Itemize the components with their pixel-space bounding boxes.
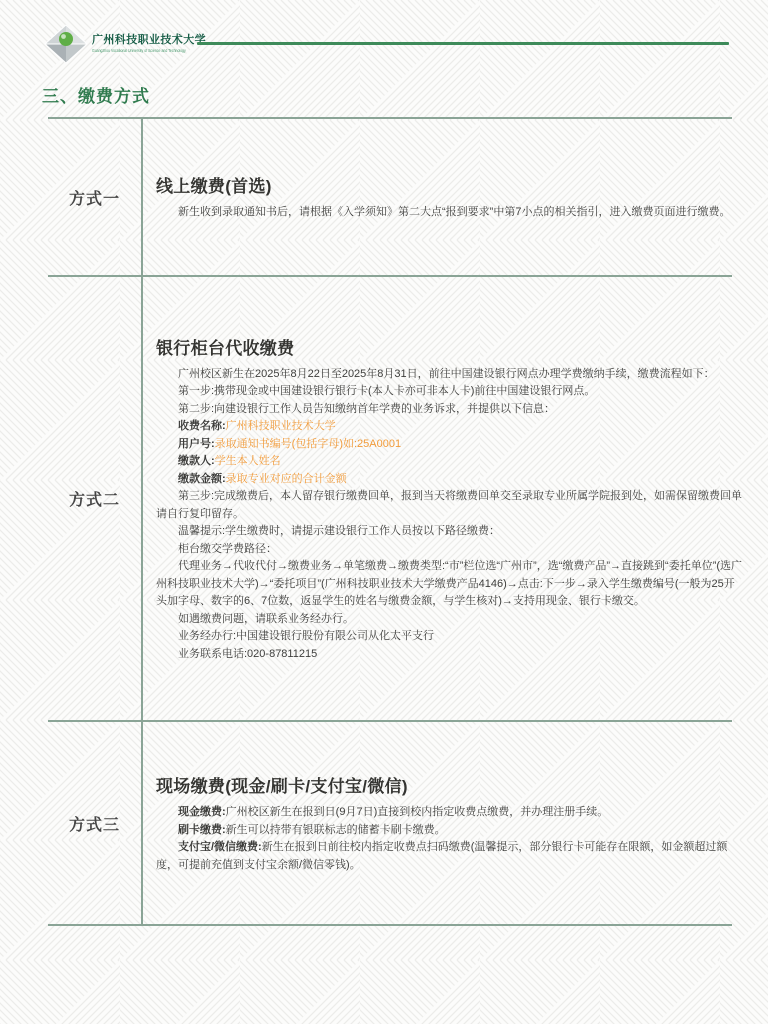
method-2-path-detail: 代理业务→代收代付→缴费业务→单笔缴费→缴费类型:“市”栏位选“广州市”，选“缴… (156, 558, 745, 611)
method-3-label: 方式三 (69, 812, 120, 835)
onsite-item-cash: 现金缴费:广州校区新生在报到日(9月7日)直接到校内指定收费点缴费，并办理注册手… (156, 804, 745, 822)
method-1-title: 线上缴费(首选) (156, 172, 745, 197)
onsite-item-label: 现金缴费: (178, 806, 226, 818)
method-2-step2: 第二步:向建设银行工作人员告知缴纳首年学费的业务诉求，并提供以下信息： (156, 401, 745, 419)
method-2-contact-note: 如遇缴费问题，请联系业务经办行。 (156, 611, 745, 629)
info-value: 录取专业对应的合计金额 (226, 473, 347, 485)
onsite-item-text: 广州校区新生在报到日(9月7日)直接到校内指定收费点缴费，并办理注册手续。 (226, 806, 609, 818)
university-name-english: Guangzhou Vocational University of Scien… (92, 49, 162, 53)
onsite-item-card: 刷卡缴费:新生可以持带有银联标志的储蓄卡刷卡缴费。 (156, 822, 745, 840)
info-label: 收费名称: (178, 420, 226, 432)
method-3-title: 现场缴费(现金/刷卡/支付宝/微信) (156, 772, 745, 797)
method-2-label: 方式二 (69, 487, 120, 510)
method-2-bank: 业务经办行:中国建设银行股份有限公司从化太平支行 (156, 628, 745, 646)
info-label: 用户号: (178, 438, 215, 450)
method-2-intro: 广州校区新生在2025年8月22日至2025年8月31日，前往中国建设银行网点办… (156, 366, 745, 384)
method-2-path-title: 柜台缴交学费路径： (156, 541, 745, 559)
method-row-online: 方式一 线上缴费(首选) 新生收到录取通知书后，请根据《入学须知》第二大点“报到… (48, 119, 732, 277)
method-2-content: 银行柜台代收缴费 广州校区新生在2025年8月22日至2025年8月31日，前往… (143, 277, 745, 720)
onsite-item-label: 支付宝/微信缴费: (178, 841, 262, 853)
onsite-item-text: 新生可以持带有银联标志的储蓄卡刷卡缴费。 (226, 824, 446, 836)
university-name-block: 广州科技职业技术大学 Guangzhou Vocational Universi… (92, 31, 212, 55)
info-value: 录取通知书编号(包括字母)如:25A0001 (215, 438, 401, 450)
method-2-title: 银行柜台代收缴费 (156, 334, 745, 359)
method-2-tip: 温馨提示:学生缴费时，请提示建设银行工作人员按以下路径缴费： (156, 523, 745, 541)
info-value: 广州科技职业技术大学 (226, 420, 336, 432)
method-1-content: 线上缴费(首选) 新生收到录取通知书后，请根据《入学须知》第二大点“报到要求”中… (143, 119, 745, 275)
info-row-user-number: 用户号:录取通知书编号(包括字母)如:25A0001 (156, 436, 745, 454)
payment-notice-page: 广州科技职业技术大学 Guangzhou Vocational Universi… (0, 0, 768, 1024)
method-row-onsite: 方式三 现场缴费(现金/刷卡/支付宝/微信) 现金缴费:广州校区新生在报到日(9… (48, 722, 732, 926)
info-value: 学生本人姓名 (215, 455, 281, 467)
method-2-phone: 业务联系电话:020-87811215 (156, 646, 745, 664)
info-row-payee-name: 收费名称:广州科技职业技术大学 (156, 418, 745, 436)
onsite-item-alipay-wechat: 支付宝/微信缴费:新生在报到日前往校内指定收费点扫码缴费(温馨提示，部分银行卡可… (156, 839, 745, 874)
method-row-bank-counter: 方式二 银行柜台代收缴费 广州校区新生在2025年8月22日至2025年8月31… (48, 277, 732, 722)
payment-methods-table: 方式一 线上缴费(首选) 新生收到录取通知书后，请根据《入学须知》第二大点“报到… (48, 117, 732, 926)
method-label-cell: 方式二 (48, 277, 141, 720)
method-2-step1: 第一步:携带现金或中国建设银行银行卡(本人卡亦可非本人卡)前往中国建设银行网点。 (156, 383, 745, 401)
method-label-cell: 方式一 (48, 119, 141, 275)
method-1-body: 新生收到录取通知书后，请根据《入学须知》第二大点“报到要求”中第7小点的相关指引… (156, 204, 745, 222)
info-label: 缴款人: (178, 455, 215, 467)
method-2-step3: 第三步:完成缴费后，本人留存银行缴费回单，报到当天将缴费回单交至录取专业所属学院… (156, 488, 745, 523)
info-label: 缴款金额: (178, 473, 226, 485)
method-1-label: 方式一 (69, 186, 120, 209)
onsite-item-label: 刷卡缴费: (178, 824, 226, 836)
table-vertical-divider (141, 119, 143, 926)
section-title: 三、缴费方式 (42, 82, 150, 107)
header-rule (197, 42, 729, 45)
method-label-cell: 方式三 (48, 722, 141, 924)
info-row-amount: 缴款金额:录取专业对应的合计金额 (156, 471, 745, 489)
method-3-content: 现场缴费(现金/刷卡/支付宝/微信) 现金缴费:广州校区新生在报到日(9月7日)… (143, 722, 745, 924)
info-row-payer: 缴款人:学生本人姓名 (156, 453, 745, 471)
university-gem-logo-icon (44, 24, 88, 64)
university-name: 广州科技职业技术大学 (92, 31, 212, 47)
